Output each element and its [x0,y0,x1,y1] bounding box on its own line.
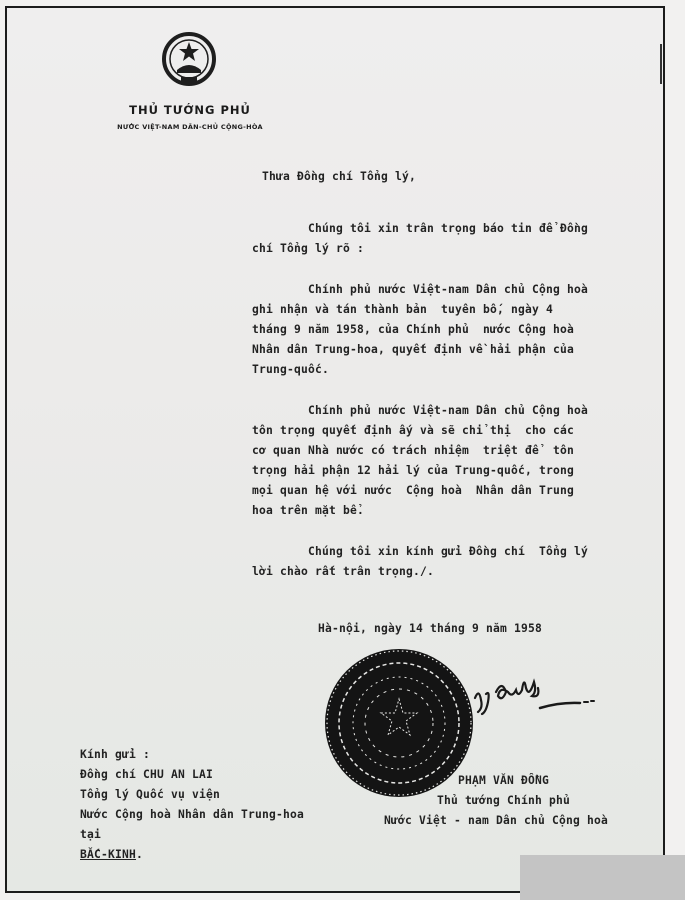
paragraph-2-line-5: Trung-quốc. [252,363,329,376]
state-emblem-icon [160,30,218,88]
paragraph-2-line-3: tháng 9 năm 1958, của Chính phủ nước Cộn… [252,323,574,336]
handwritten-signature [470,670,610,720]
recipient-line-4: Nước Cộng hoà Nhân dân Trung-hoa [80,808,304,821]
paragraph-3-line-5: mọi quan hệ với nước Cộng hoà Nhân dân T… [252,484,574,497]
paragraph-3-line-3: cơ quan Nhà nước có trách nhiệm triệt để… [252,444,574,457]
scan-artifact [520,855,685,900]
margin-mark [660,44,662,84]
letterhead-title: THỦ TƯỚNG PHỦ [105,103,275,117]
date-line: Hà-nội, ngày 14 tháng 9 năm 1958 [318,622,542,635]
official-seal-icon [323,647,475,799]
paragraph-3-line-4: trọng hải phận 12 hải lý của Trung-quốc,… [252,464,574,477]
salutation: Thưa Đồng chí Tổng lý, [262,170,416,183]
paragraph-4-line-2: lời chào rất trân trọng./. [252,565,434,578]
recipient-line-5: tại [80,828,101,841]
signatory-title: Thủ tướng Chính phủ [437,794,570,807]
paragraph-2-line-2: ghi nhận và tán thành bản tuyên bố, ngày… [252,303,553,316]
recipient-line-1: Kính gửi : [80,748,150,761]
paragraph-2-line-1: Chính phủ nước Việt-nam Dân chủ Cộng hoà [252,283,588,296]
paragraph-3-line-1: Chính phủ nước Việt-nam Dân chủ Cộng hoà [252,404,588,417]
signatory-country: Nước Việt - nam Dân chủ Cộng hoà [384,814,608,827]
paragraph-3-line-2: tôn trọng quyết định ấy và sẽ chỉ thị ch… [252,424,574,437]
paragraph-2-line-4: Nhân dân Trung-hoa, quyết định về hải ph… [252,343,574,356]
recipient-line-2: Đồng chí CHU AN LAI [80,768,213,781]
paragraph-1-line-1: Chúng tôi xin trân trọng báo tin để Đồng [252,222,588,235]
signatory-name: PHẠM VĂN ĐỒNG [458,774,549,787]
recipient-city: BẮC-KINH [80,848,136,861]
recipient-city-suffix: . [136,848,143,861]
paragraph-3-line-6: hoa trên mặt bể. [252,504,364,517]
paragraph-1-line-2: chí Tổng lý rõ : [252,242,364,255]
letterhead-subtitle: NƯỚC VIỆT-NAM DÂN-CHỦ CỘNG-HÒA [80,123,300,131]
recipient-line-3: Tổng lý Quốc vụ viện [80,788,220,801]
recipient-city-line: BẮC-KINH. [80,848,143,861]
paragraph-4-line-1: Chúng tôi xin kính gửi Đồng chí Tổng lý [252,545,588,558]
